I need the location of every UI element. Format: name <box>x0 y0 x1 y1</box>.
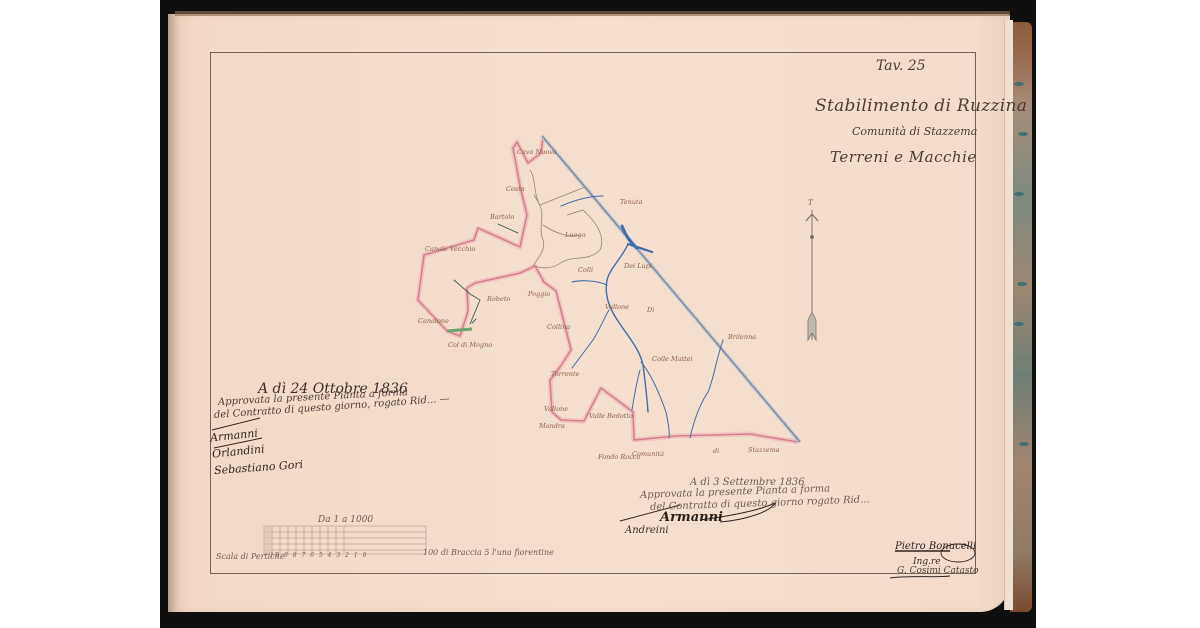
scale-bar <box>264 526 426 554</box>
map-place-label: Canalone <box>418 317 449 325</box>
map-place-label: Costa <box>506 185 525 193</box>
map-place-label: Dei Lupi <box>624 262 652 270</box>
map-place-label: Vallone <box>605 303 629 311</box>
property-boundary <box>418 138 798 442</box>
map-place-label: Collina <box>547 323 570 331</box>
map-place-label: Vallone <box>544 405 568 413</box>
map-place-label: di <box>713 447 719 455</box>
map-place-label: Colle Mattei <box>652 355 693 363</box>
map-place-label: Col di Mogno <box>448 341 492 349</box>
right-signature-main: Pietro Bonucelli <box>895 541 976 552</box>
map-place-label: Bartolo <box>490 213 514 221</box>
map-place-label: Poggio <box>528 290 550 298</box>
center-signature-main: Armanni <box>660 510 723 525</box>
diagonal-road <box>542 136 800 442</box>
map-place-label: Cava Nuova <box>517 148 557 156</box>
scale-right-label: 100 di Braccia 5 l'una fiorentine <box>423 548 554 557</box>
streams <box>454 196 723 438</box>
north-arrow <box>806 210 818 340</box>
map-drawing <box>0 0 1200 628</box>
plate-number: Tav. 25 <box>876 58 926 74</box>
image-viewer: Tav. 25 Stabilimento di Ruzzina Comunità… <box>0 0 1200 628</box>
map-place-label: Torrente <box>551 370 579 378</box>
scale-tick-labels: 10 9 8 7 6 5 4 3 2 1 0 <box>270 552 368 559</box>
map-title: Stabilimento di Ruzzina <box>815 96 1027 116</box>
map-place-label: Di <box>647 306 654 314</box>
right-signature-secondary: G. Cosimi Catasto <box>897 566 979 576</box>
map-place-label: Luogo <box>565 231 586 239</box>
map-place-label: Tenuta <box>620 198 643 206</box>
map-place-label: Robeto <box>487 295 510 303</box>
map-subtitle: Comunità di Stazzema <box>852 125 977 138</box>
meadow-strip <box>447 329 472 331</box>
center-signature-secondary: Andreini <box>625 525 669 536</box>
trails <box>530 170 602 268</box>
map-place-label: Colli <box>578 266 593 274</box>
compass-label: T <box>808 199 813 207</box>
map-place-label: Canale Vecchio <box>425 245 475 253</box>
map-place-label: Brilenna <box>728 333 756 341</box>
map-place-label: Mandra <box>539 422 565 430</box>
map-place-label: Stazzema <box>748 446 780 454</box>
scale-title: Da 1 a 1000 <box>318 515 373 525</box>
map-place-label: Valle Bedotto <box>589 412 633 420</box>
map-subject: Terreni e Macchie <box>830 148 977 166</box>
map-place-label: Comunità <box>632 450 664 458</box>
